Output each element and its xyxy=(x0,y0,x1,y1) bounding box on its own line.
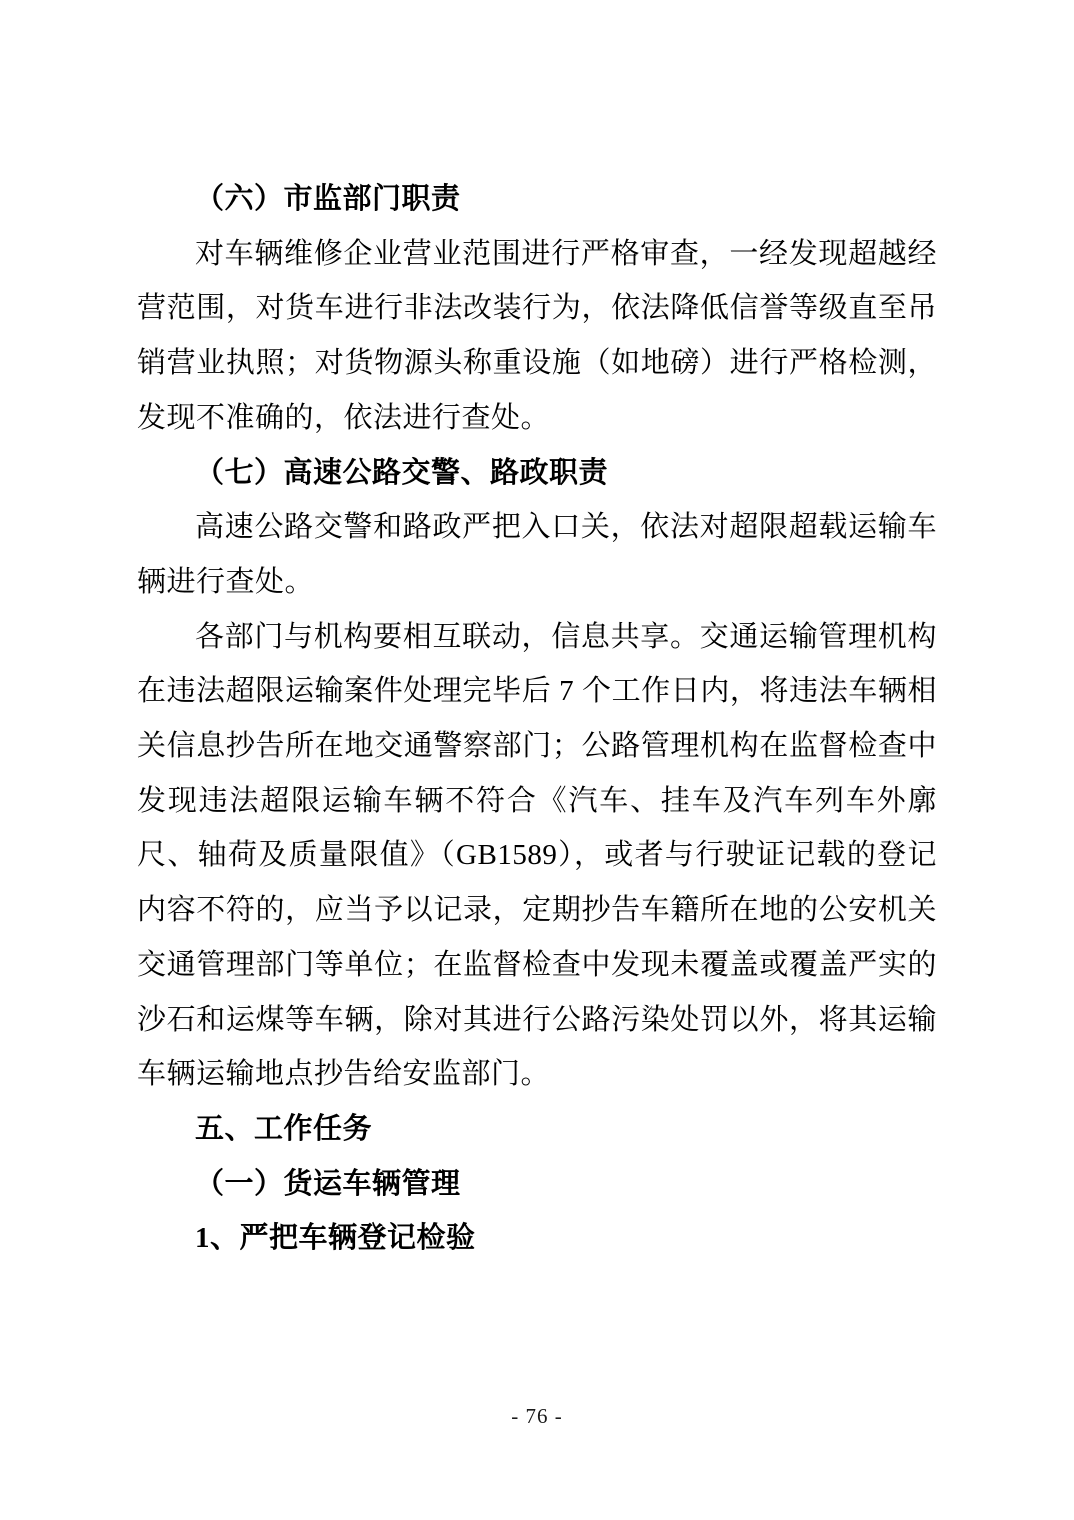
page-number: - 76 - xyxy=(511,1404,563,1428)
paragraph-market-regulation-duties: 对车辆维修企业营业范围进行严格审查，一经发现超越经营范围，对货车进行非法改装行为… xyxy=(137,227,937,446)
paragraph-interagency-coordination: 各部门与机构要相互联动，信息共享。交通运输管理机构在违法超限运输案件处理完毕后 … xyxy=(137,610,937,1102)
chapter-heading-five-work-tasks: 五、工作任务 xyxy=(137,1102,937,1157)
subsection-heading-1-vehicle-registration-inspection: 1、严把车辆登记检验 xyxy=(137,1211,937,1266)
section-heading-seven-highway-police-duties: （七）高速公路交警、路政职责 xyxy=(137,446,937,501)
page-footer: - 76 - xyxy=(0,1405,1074,1428)
document-page: （六）市监部门职责 对车辆维修企业营业范围进行严格审查，一经发现超越经营范围，对… xyxy=(0,0,1074,1520)
paragraph-highway-police-duties: 高速公路交警和路政严把入口关，依法对超限超载运输车辆进行查处。 xyxy=(137,500,937,609)
section-heading-one-freight-vehicle-management: （一）货运车辆管理 xyxy=(137,1157,937,1212)
section-heading-six-market-regulation-duties: （六）市监部门职责 xyxy=(137,172,937,227)
document-body: （六）市监部门职责 对车辆维修企业营业范围进行严格审查，一经发现超越经营范围，对… xyxy=(137,172,937,1266)
